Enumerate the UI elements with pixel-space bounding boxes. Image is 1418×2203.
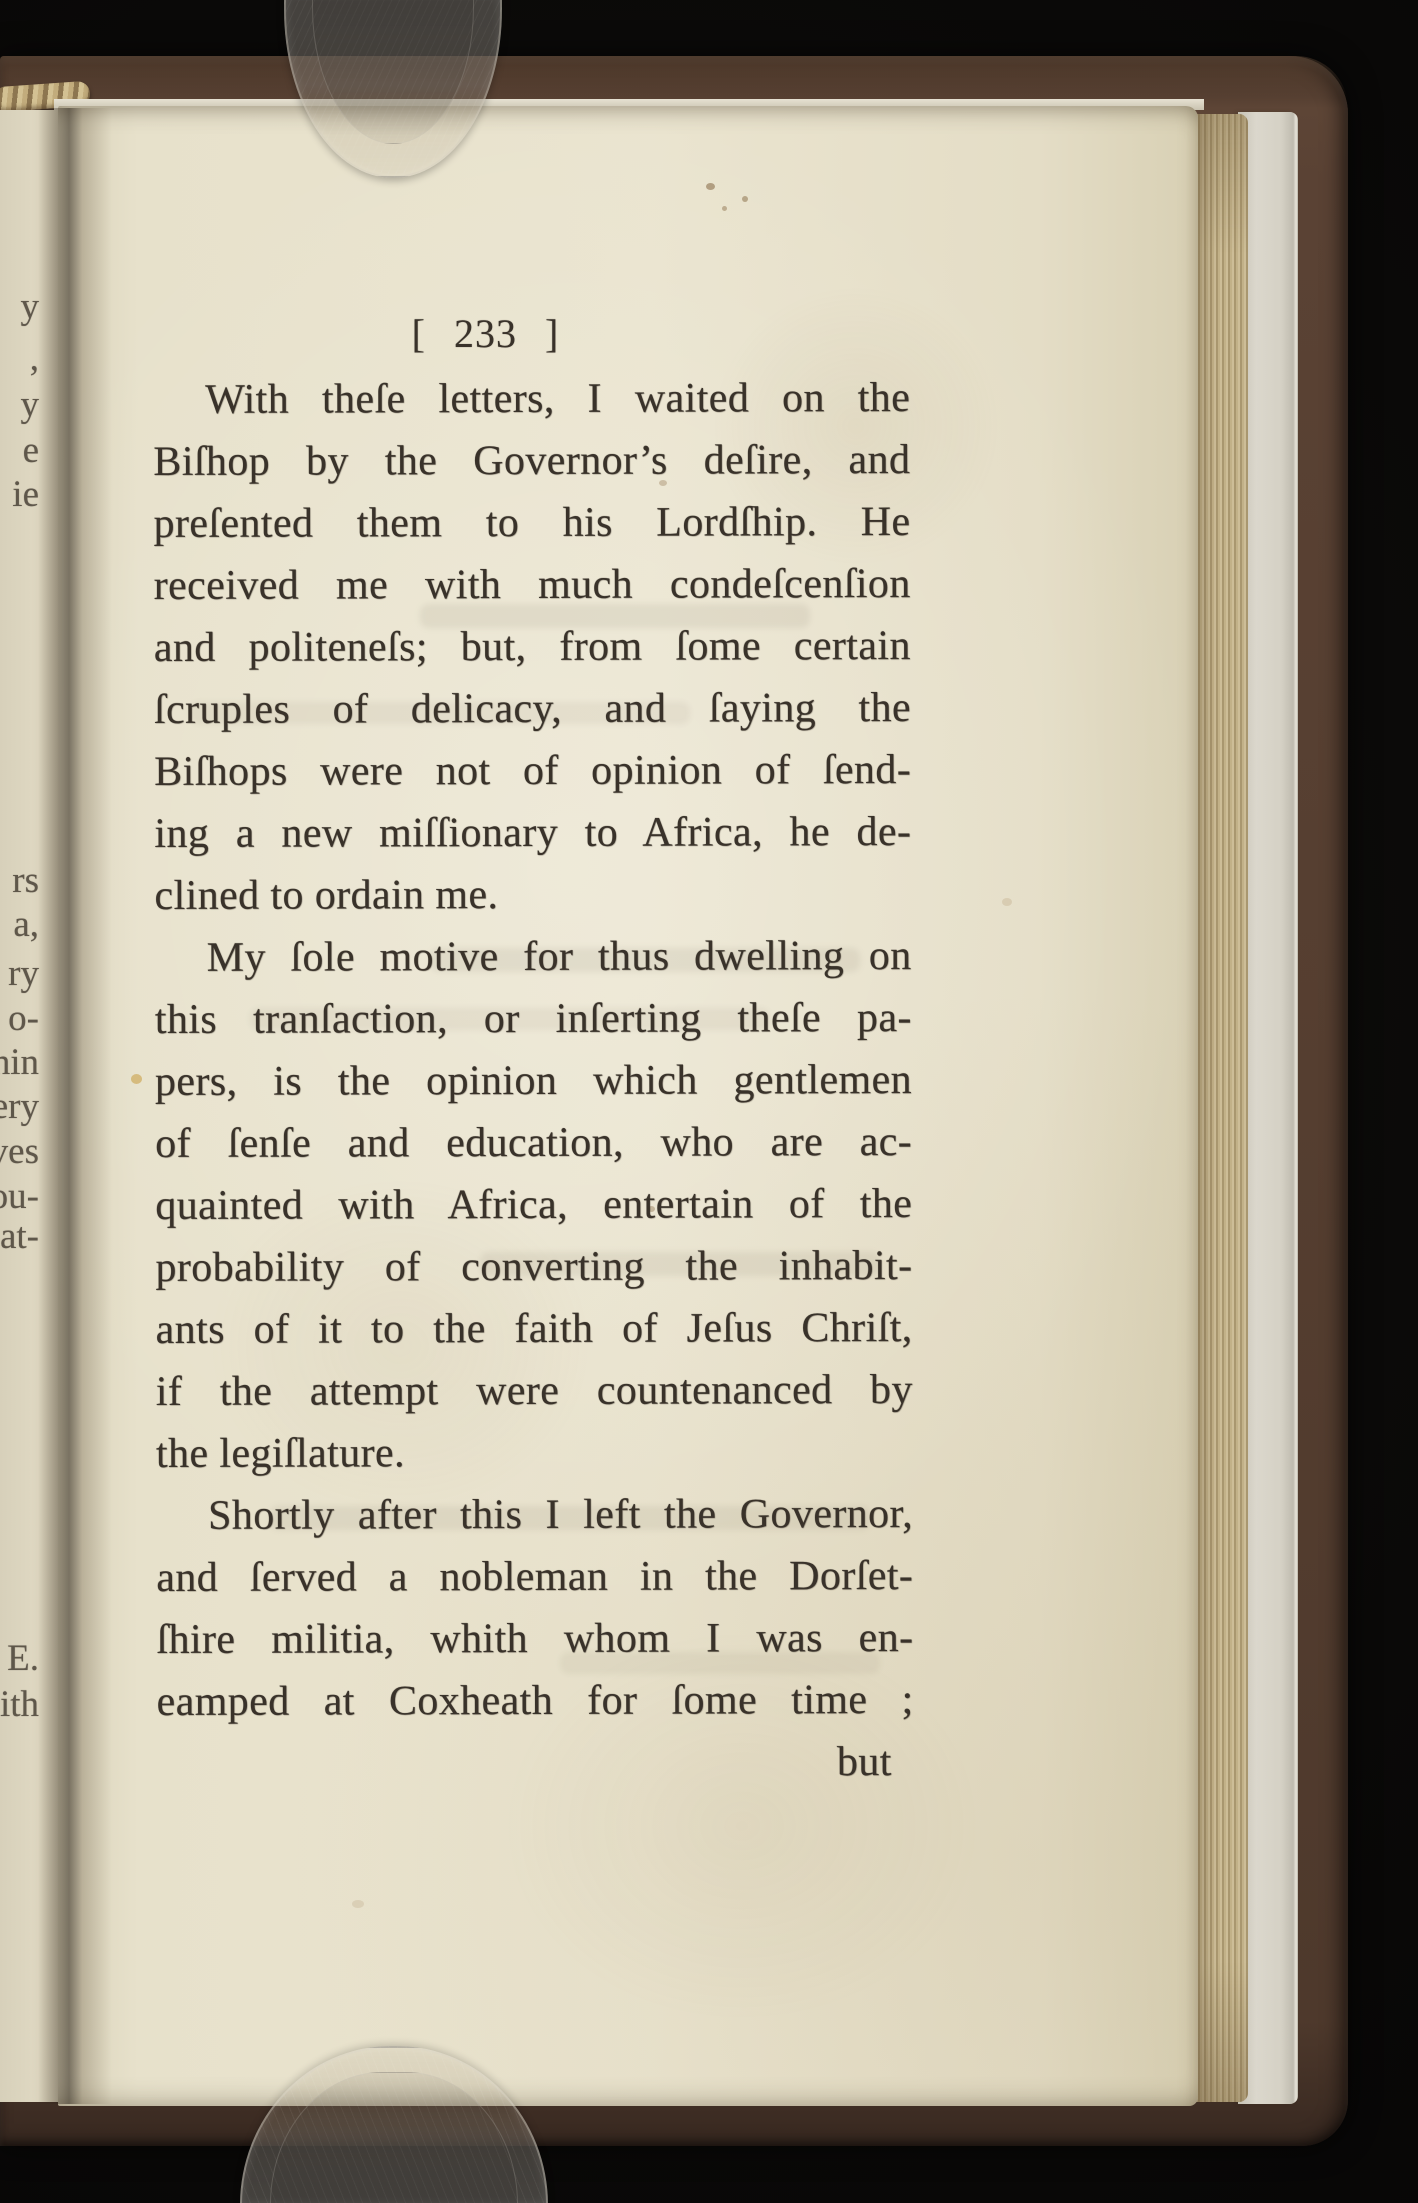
text-line: With theſe letters, I waited on the bbox=[153, 367, 910, 431]
text-line: the legiſlature. bbox=[156, 1421, 913, 1485]
text-line: Biſhop by the Governor’s deſire, and bbox=[153, 429, 910, 493]
text-line: and ſerved a nobleman in the Dorſet- bbox=[156, 1545, 913, 1609]
text-line: ſhire militia, whith whom I was en- bbox=[156, 1607, 913, 1671]
text-line: eamped at Coxheath for ſome time ; bbox=[157, 1669, 914, 1733]
paragraph: With theſe letters, I waited on theBiſho… bbox=[153, 367, 911, 927]
text-line: Biſhops were not of opinion of ſend- bbox=[154, 739, 911, 803]
text-line: ing a new miſſionary to Africa, he de- bbox=[154, 801, 911, 865]
text-line: of ſenſe and education, who are ac- bbox=[155, 1111, 912, 1175]
paragraph: Shortly after this I left the Governor,a… bbox=[156, 1483, 914, 1733]
catchword: but bbox=[157, 1731, 914, 1795]
text-line: preſented them to his Lordſhip. He bbox=[153, 491, 910, 555]
text-line: received me with much condeſcenſion bbox=[154, 553, 911, 617]
text-block: With theſe letters, I waited on theBiſho… bbox=[153, 367, 914, 1795]
fore-edge-pages bbox=[1196, 114, 1248, 2102]
text-line: My ſole motive for thus dwelling on bbox=[155, 925, 912, 989]
body-text: With theſe letters, I waited on theBiſho… bbox=[153, 367, 914, 1733]
text-line: ſcruples of delicacy, and ſaying the bbox=[154, 677, 911, 741]
text-line: quainted with Africa, entertain of the bbox=[155, 1173, 912, 1237]
text-line: if the attempt were countenanced by bbox=[156, 1359, 913, 1423]
paragraph: My ſole motive for thus dwelling onthis … bbox=[155, 925, 913, 1485]
text-line: clined to ordain me. bbox=[154, 863, 911, 927]
facing-page-edge bbox=[0, 110, 58, 2102]
text-line: this tranſaction, or inſerting theſe pa- bbox=[155, 987, 912, 1051]
text-line: ants of it to the faith of Jeſus Chriſt, bbox=[156, 1297, 913, 1361]
text-line: Shortly after this I left the Governor, bbox=[156, 1483, 913, 1547]
text-line: probability of converting the inhabit- bbox=[155, 1235, 912, 1299]
text-line: pers, is the opinion which gentlemen bbox=[155, 1049, 912, 1113]
book-scan-photo: [ 233 ] With theſe letters, I waited on … bbox=[0, 0, 1418, 2203]
text-line: and politeneſs; but, from ſome certain bbox=[154, 615, 911, 679]
page-number-header: [ 233 ] bbox=[107, 310, 864, 358]
